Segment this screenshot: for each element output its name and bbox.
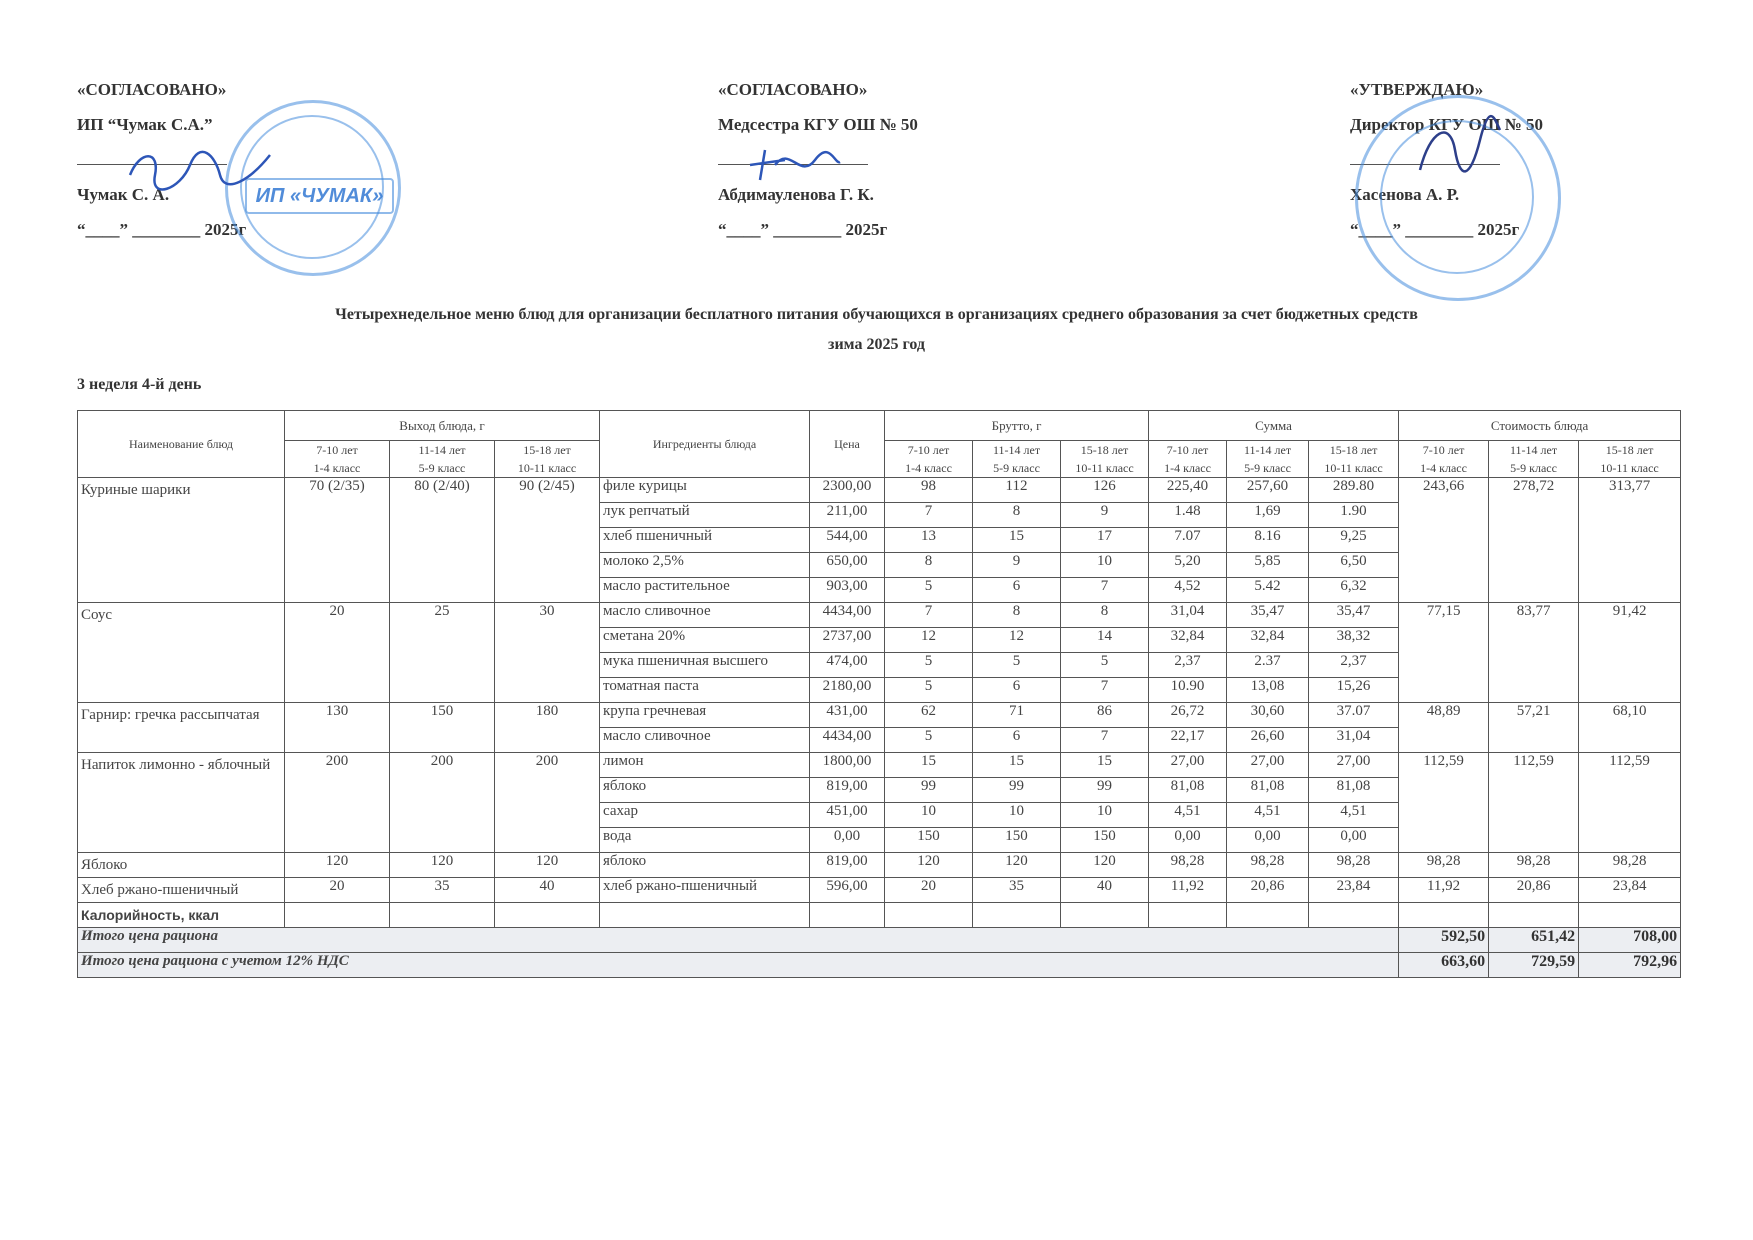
ingredient-sum: 5.42	[1227, 578, 1309, 603]
dish-yield: 120	[285, 853, 390, 878]
age-range: 7-10 лет	[1152, 441, 1223, 459]
ingredient-gross: 5	[973, 653, 1061, 678]
ingredient-name: сметана 20%	[600, 628, 810, 653]
approval-block-middle: «СОГЛАСОВАНО» Медсестра КГУ ОШ № 50 Абди…	[718, 72, 918, 247]
header-price: Цена	[810, 411, 885, 478]
age-range: 15-18 лет	[498, 441, 596, 459]
ingredient-gross: 8	[973, 603, 1061, 628]
ingredient-gross: 15	[1061, 753, 1149, 778]
ingredient-sum: 225,40	[1149, 478, 1227, 503]
approval-name: Хасенова А. Р.	[1350, 177, 1543, 212]
ingredient-sum: 1,69	[1227, 503, 1309, 528]
ingredient-gross: 5	[1061, 653, 1149, 678]
ingredient-name: крупа гречневая	[600, 703, 810, 728]
ingredient-sum: 81,08	[1227, 778, 1309, 803]
ingredient-sum: 4,51	[1149, 803, 1227, 828]
ingredient-name: молоко 2,5%	[600, 553, 810, 578]
header-cost: Стоимость блюда	[1399, 411, 1681, 441]
ingredient-gross: 13	[885, 528, 973, 553]
ingredient-sum: 4,52	[1149, 578, 1227, 603]
approval-date: “____” ________ 2025г	[718, 212, 918, 247]
ingredient-gross: 6	[973, 678, 1061, 703]
dish-yield: 25	[390, 603, 495, 703]
calories-label: Калорийность, ккал	[78, 903, 285, 928]
table-row: Куриные шарики70 (2/35)80 (2/40)90 (2/45…	[78, 478, 1681, 503]
calories-cell	[600, 903, 810, 928]
approval-name: Чумак С. А.	[77, 177, 246, 212]
ingredient-sum: 23,84	[1309, 878, 1399, 903]
approval-block-right: «УТВЕРЖДАЮ» Директор КГУ ОШ № 50 Хасенов…	[1350, 72, 1543, 247]
header-yield: Выход блюда, г	[285, 411, 600, 441]
dish-cost: 243,66	[1399, 478, 1489, 603]
dish-cost: 112,59	[1489, 753, 1579, 853]
dish-cost: 20,86	[1489, 878, 1579, 903]
dish-cost: 98,28	[1579, 853, 1681, 878]
ingredient-sum: 81,08	[1149, 778, 1227, 803]
class-range: 1-4 класс	[888, 459, 969, 477]
ingredient-gross: 150	[973, 828, 1061, 853]
ingredient-sum: 35,47	[1227, 603, 1309, 628]
header-dish: Наименование блюд	[78, 411, 285, 478]
ingredient-sum: 257,60	[1227, 478, 1309, 503]
header-age-group: 15-18 лет10-11 класс	[1579, 441, 1681, 478]
age-range: 7-10 лет	[288, 441, 386, 459]
dish-yield: 130	[285, 703, 390, 753]
dish-cost: 313,77	[1579, 478, 1681, 603]
dish-name: Напиток лимонно - яблочный	[78, 753, 285, 853]
class-range: 10-11 класс	[1064, 459, 1145, 477]
class-range: 1-4 класс	[1152, 459, 1223, 477]
age-range: 11-14 лет	[1230, 441, 1305, 459]
ingredient-gross: 5	[885, 578, 973, 603]
title-line-2: зима 2025 год	[0, 330, 1753, 360]
ingredient-sum: 11,92	[1149, 878, 1227, 903]
ingredient-gross: 71	[973, 703, 1061, 728]
ingredient-gross: 8	[885, 553, 973, 578]
ingredient-sum: 0,00	[1149, 828, 1227, 853]
class-range: 10-11 класс	[1582, 459, 1677, 477]
ingredient-gross: 99	[885, 778, 973, 803]
calories-cell	[1489, 903, 1579, 928]
ingredient-gross: 150	[1061, 828, 1149, 853]
ingredient-sum: 7.07	[1149, 528, 1227, 553]
dish-cost: 48,89	[1399, 703, 1489, 753]
ingredient-sum: 0,00	[1227, 828, 1309, 853]
dish-yield: 30	[495, 603, 600, 703]
table-row: Яблоко120120120яблоко819,0012012012098,2…	[78, 853, 1681, 878]
ingredient-gross: 120	[885, 853, 973, 878]
ingredient-gross: 35	[973, 878, 1061, 903]
age-range: 11-14 лет	[393, 441, 491, 459]
total-row: Итого цена рациона с учетом 12% НДС663,6…	[78, 953, 1681, 978]
ingredient-gross: 14	[1061, 628, 1149, 653]
signature-line	[77, 144, 227, 165]
age-range: 11-14 лет	[976, 441, 1057, 459]
ingredient-gross: 7	[1061, 578, 1149, 603]
ingredient-sum: 32,84	[1149, 628, 1227, 653]
ingredient-price: 544,00	[810, 528, 885, 553]
ingredient-name: сахар	[600, 803, 810, 828]
total-row: Итого цена рациона592,50651,42708,00	[78, 928, 1681, 953]
ingredient-sum: 27,00	[1149, 753, 1227, 778]
ingredient-price: 451,00	[810, 803, 885, 828]
ingredient-gross: 120	[1061, 853, 1149, 878]
header-age-group: 11-14 лет5-9 класс	[390, 441, 495, 478]
calories-cell	[1061, 903, 1149, 928]
ingredient-gross: 10	[973, 803, 1061, 828]
ingredient-sum: 30,60	[1227, 703, 1309, 728]
ingredient-gross: 62	[885, 703, 973, 728]
dish-cost: 112,59	[1399, 753, 1489, 853]
ingredient-gross: 126	[1061, 478, 1149, 503]
header-age-group: 11-14 лет5-9 класс	[973, 441, 1061, 478]
ingredient-gross: 6	[973, 578, 1061, 603]
ingredient-sum: 2.37	[1227, 653, 1309, 678]
class-range: 5-9 класс	[1492, 459, 1575, 477]
ingredient-sum: 27,00	[1227, 753, 1309, 778]
dish-yield: 70 (2/35)	[285, 478, 390, 603]
header-gross: Брутто, г	[885, 411, 1149, 441]
dish-cost: 98,28	[1489, 853, 1579, 878]
total-value: 651,42	[1489, 928, 1579, 953]
table-row: Напиток лимонно - яблочный200200200лимон…	[78, 753, 1681, 778]
dish-yield: 20	[285, 603, 390, 703]
table-row: Соус202530масло сливочное4434,0078831,04…	[78, 603, 1681, 628]
ingredient-name: вода	[600, 828, 810, 853]
ingredient-gross: 112	[973, 478, 1061, 503]
table-row: Гарнир: гречка рассыпчатая130150180крупа…	[78, 703, 1681, 728]
header-age-group: 15-18 лет10-11 класс	[1061, 441, 1149, 478]
ingredient-sum: 9,25	[1309, 528, 1399, 553]
approval-block-left: «СОГЛАСОВАНО» ИП “Чумак С.А.” Чумак С. А…	[77, 72, 246, 247]
dish-cost: 23,84	[1579, 878, 1681, 903]
week-day-label: 3 неделя 4-й день	[77, 376, 201, 394]
dish-yield: 80 (2/40)	[390, 478, 495, 603]
header-age-group: 7-10 лет1-4 класс	[285, 441, 390, 478]
ingredient-sum: 26,60	[1227, 728, 1309, 753]
dish-cost: 68,10	[1579, 703, 1681, 753]
ingredient-name: яблоко	[600, 853, 810, 878]
approval-name: Абдимауленова Г. К.	[718, 177, 918, 212]
class-range: 10-11 класс	[498, 459, 596, 477]
ingredient-gross: 6	[973, 728, 1061, 753]
dish-cost: 11,92	[1399, 878, 1489, 903]
ingredient-name: масло сливочное	[600, 603, 810, 628]
ingredient-price: 2300,00	[810, 478, 885, 503]
ingredient-gross: 9	[973, 553, 1061, 578]
dish-cost: 278,72	[1489, 478, 1579, 603]
ingredient-price: 211,00	[810, 503, 885, 528]
total-value: 663,60	[1399, 953, 1489, 978]
dish-yield: 120	[495, 853, 600, 878]
dish-yield: 40	[495, 878, 600, 903]
ingredient-sum: 289.80	[1309, 478, 1399, 503]
calories-cell	[1227, 903, 1309, 928]
header-age-group: 11-14 лет5-9 класс	[1227, 441, 1309, 478]
dish-yield: 200	[285, 753, 390, 853]
ingredient-sum: 22,17	[1149, 728, 1227, 753]
ingredient-name: томатная паста	[600, 678, 810, 703]
dish-name: Гарнир: гречка рассыпчатая	[78, 703, 285, 753]
total-value: 729,59	[1489, 953, 1579, 978]
header-sum: Сумма	[1149, 411, 1399, 441]
ingredient-name: масло сливочное	[600, 728, 810, 753]
signature-line	[718, 144, 868, 165]
ingredient-price: 431,00	[810, 703, 885, 728]
ingredient-gross: 86	[1061, 703, 1149, 728]
ingredient-price: 1800,00	[810, 753, 885, 778]
ingredient-sum: 13,08	[1227, 678, 1309, 703]
ingredient-name: хлеб ржано-пшеничный	[600, 878, 810, 903]
dish-name: Яблоко	[78, 853, 285, 878]
ingredient-price: 2180,00	[810, 678, 885, 703]
dish-yield: 150	[390, 703, 495, 753]
header-age-group: 7-10 лет1-4 класс	[1149, 441, 1227, 478]
ingredient-gross: 8	[973, 503, 1061, 528]
dish-yield: 180	[495, 703, 600, 753]
calories-cell	[1579, 903, 1681, 928]
ingredient-sum: 26,72	[1149, 703, 1227, 728]
dish-yield: 90 (2/45)	[495, 478, 600, 603]
ingredient-gross: 7	[885, 503, 973, 528]
class-range: 10-11 класс	[1312, 459, 1395, 477]
ingredient-name: лимон	[600, 753, 810, 778]
table-row: Хлеб ржано-пшеничный203540хлеб ржано-пше…	[78, 878, 1681, 903]
ingredient-price: 474,00	[810, 653, 885, 678]
calories-cell	[885, 903, 973, 928]
dish-yield: 200	[390, 753, 495, 853]
age-range: 7-10 лет	[888, 441, 969, 459]
menu-table: Наименование блюд Выход блюда, г Ингреди…	[77, 410, 1681, 978]
ingredient-sum: 2,37	[1149, 653, 1227, 678]
ingredient-gross: 120	[973, 853, 1061, 878]
ingredient-sum: 98,28	[1309, 853, 1399, 878]
ingredient-sum: 81,08	[1309, 778, 1399, 803]
ingredient-gross: 10	[1061, 553, 1149, 578]
class-range: 5-9 класс	[1230, 459, 1305, 477]
ingredient-sum: 98,28	[1227, 853, 1309, 878]
approval-org: Директор КГУ ОШ № 50	[1350, 107, 1543, 142]
header-ingredients: Ингредиенты блюда	[600, 411, 810, 478]
ingredient-sum: 37.07	[1309, 703, 1399, 728]
ingredient-gross: 5	[885, 653, 973, 678]
calories-cell	[495, 903, 600, 928]
ingredient-price: 0,00	[810, 828, 885, 853]
header-age-group: 15-18 лет10-11 класс	[1309, 441, 1399, 478]
calories-cell	[1149, 903, 1227, 928]
ingredient-gross: 98	[885, 478, 973, 503]
ingredient-sum: 5,20	[1149, 553, 1227, 578]
ingredient-price: 596,00	[810, 878, 885, 903]
dish-cost: 83,77	[1489, 603, 1579, 703]
approval-date: “____” ________ 2025г	[77, 212, 246, 247]
dish-yield: 20	[285, 878, 390, 903]
calories-cell	[810, 903, 885, 928]
ingredient-gross: 5	[885, 728, 973, 753]
age-range: 15-18 лет	[1582, 441, 1677, 459]
ingredient-sum: 38,32	[1309, 628, 1399, 653]
total-label: Итого цена рациона с учетом 12% НДС	[78, 953, 1399, 978]
ingredient-gross: 10	[885, 803, 973, 828]
ingredient-name: хлеб пшеничный	[600, 528, 810, 553]
class-range: 1-4 класс	[288, 459, 386, 477]
dish-yield: 35	[390, 878, 495, 903]
ingredient-price: 650,00	[810, 553, 885, 578]
dish-name: Куриные шарики	[78, 478, 285, 603]
ingredient-sum: 1.90	[1309, 503, 1399, 528]
ingredient-sum: 10.90	[1149, 678, 1227, 703]
dish-name: Соус	[78, 603, 285, 703]
ingredient-gross: 9	[1061, 503, 1149, 528]
ingredient-gross: 7	[1061, 678, 1149, 703]
ingredient-price: 4434,00	[810, 728, 885, 753]
ingredient-gross: 17	[1061, 528, 1149, 553]
header-age-group: 15-18 лет10-11 класс	[495, 441, 600, 478]
calories-cell	[1399, 903, 1489, 928]
ingredient-sum: 35,47	[1309, 603, 1399, 628]
ingredient-gross: 12	[885, 628, 973, 653]
approval-org: Медсестра КГУ ОШ № 50	[718, 107, 918, 142]
header-age-group: 7-10 лет1-4 класс	[1399, 441, 1489, 478]
ingredient-gross: 12	[973, 628, 1061, 653]
dish-name: Хлеб ржано-пшеничный	[78, 878, 285, 903]
ingredient-sum: 2,37	[1309, 653, 1399, 678]
ingredient-gross: 150	[885, 828, 973, 853]
class-range: 1-4 класс	[1402, 459, 1485, 477]
ingredient-gross: 7	[1061, 728, 1149, 753]
age-range: 15-18 лет	[1312, 441, 1395, 459]
document-title: Четырехнедельное меню блюд для организац…	[0, 300, 1753, 360]
ingredient-gross: 40	[1061, 878, 1149, 903]
ingredient-price: 903,00	[810, 578, 885, 603]
ingredient-gross: 20	[885, 878, 973, 903]
ingredient-sum: 32,84	[1227, 628, 1309, 653]
calories-cell	[285, 903, 390, 928]
header-age-group: 11-14 лет5-9 класс	[1489, 441, 1579, 478]
ingredient-name: масло растительное	[600, 578, 810, 603]
age-range: 11-14 лет	[1492, 441, 1575, 459]
total-value: 592,50	[1399, 928, 1489, 953]
dish-yield: 200	[495, 753, 600, 853]
ingredient-sum: 31,04	[1309, 728, 1399, 753]
stamp-label: ИП «ЧУМАК»	[245, 178, 394, 214]
ingredient-sum: 0,00	[1309, 828, 1399, 853]
ingredient-sum: 15,26	[1309, 678, 1399, 703]
ingredient-gross: 15	[885, 753, 973, 778]
ingredient-sum: 4,51	[1227, 803, 1309, 828]
approval-org: ИП “Чумак С.А.”	[77, 107, 246, 142]
calories-cell	[973, 903, 1061, 928]
ingredient-name: филе курицы	[600, 478, 810, 503]
total-value: 708,00	[1579, 928, 1681, 953]
ingredient-sum: 31,04	[1149, 603, 1227, 628]
class-range: 5-9 класс	[976, 459, 1057, 477]
calories-row: Калорийность, ккал	[78, 903, 1681, 928]
ingredient-name: мука пшеничная высшего	[600, 653, 810, 678]
approval-heading: «УТВЕРЖДАЮ»	[1350, 72, 1543, 107]
dish-yield: 120	[390, 853, 495, 878]
ingredient-price: 4434,00	[810, 603, 885, 628]
total-label: Итого цена рациона	[78, 928, 1399, 953]
ingredient-gross: 10	[1061, 803, 1149, 828]
ingredient-sum: 20,86	[1227, 878, 1309, 903]
approval-date: “____” ________ 2025г	[1350, 212, 1543, 247]
ingredient-gross: 99	[1061, 778, 1149, 803]
approval-heading: «СОГЛАСОВАНО»	[77, 72, 246, 107]
header-age-group: 7-10 лет1-4 класс	[885, 441, 973, 478]
calories-cell	[1309, 903, 1399, 928]
ingredient-sum: 98,28	[1149, 853, 1227, 878]
dish-cost: 112,59	[1579, 753, 1681, 853]
ingredient-name: лук репчатый	[600, 503, 810, 528]
signature-line	[1350, 144, 1500, 165]
approval-heading: «СОГЛАСОВАНО»	[718, 72, 918, 107]
calories-cell	[390, 903, 495, 928]
ingredient-gross: 15	[973, 528, 1061, 553]
dish-cost: 77,15	[1399, 603, 1489, 703]
ingredient-sum: 5,85	[1227, 553, 1309, 578]
ingredient-sum: 8.16	[1227, 528, 1309, 553]
ingredient-sum: 1.48	[1149, 503, 1227, 528]
ingredient-gross: 5	[885, 678, 973, 703]
ingredient-gross: 99	[973, 778, 1061, 803]
dish-cost: 98,28	[1399, 853, 1489, 878]
dish-cost: 57,21	[1489, 703, 1579, 753]
title-line-1: Четырехнедельное меню блюд для организац…	[0, 300, 1753, 330]
ingredient-gross: 15	[973, 753, 1061, 778]
total-value: 792,96	[1579, 953, 1681, 978]
ingredient-name: яблоко	[600, 778, 810, 803]
ingredient-sum: 27,00	[1309, 753, 1399, 778]
dish-cost: 91,42	[1579, 603, 1681, 703]
class-range: 5-9 класс	[393, 459, 491, 477]
ingredient-sum: 6,50	[1309, 553, 1399, 578]
age-range: 7-10 лет	[1402, 441, 1485, 459]
ingredient-price: 2737,00	[810, 628, 885, 653]
ingredient-sum: 6,32	[1309, 578, 1399, 603]
ingredient-gross: 7	[885, 603, 973, 628]
ingredient-price: 819,00	[810, 778, 885, 803]
ingredient-gross: 8	[1061, 603, 1149, 628]
age-range: 15-18 лет	[1064, 441, 1145, 459]
ingredient-price: 819,00	[810, 853, 885, 878]
ingredient-sum: 4,51	[1309, 803, 1399, 828]
